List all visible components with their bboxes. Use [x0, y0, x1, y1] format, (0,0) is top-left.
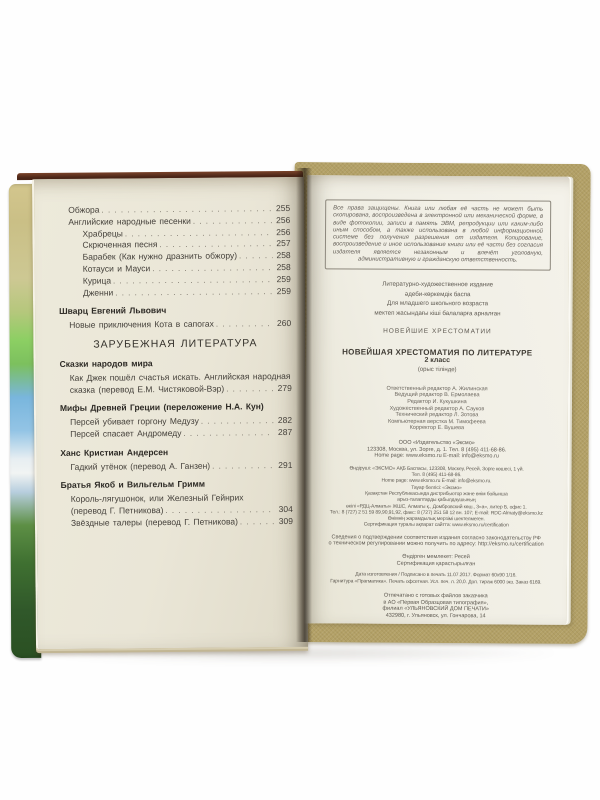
- edition-block: Литературно-художественное изданиеәдеби-…: [323, 280, 553, 319]
- text-line: Корректор Е. Вушева: [322, 425, 552, 433]
- toc-entry-title: Храбрецы: [82, 228, 123, 240]
- toc-page-number: 257: [274, 238, 290, 250]
- book-photo: Обжора255Английские народные песенки256Х…: [0, 0, 600, 800]
- toc-entry: Новые приключения Кота в сапогах260: [59, 318, 291, 332]
- publisher-block: ООО «Издательство «Эксмо»123308, Москва,…: [322, 439, 552, 460]
- toc-entry-title: Гадкий утёнок (перевод А. Ганзен): [70, 460, 210, 473]
- toc-entry-title: Новые приключения Кота в сапогах: [69, 319, 214, 332]
- toc-page-number: 256: [274, 227, 290, 239]
- copyright-box: Все права защищены. Книга или любая её ч…: [325, 199, 551, 271]
- toc-entry-title: Котауси и Мауси: [83, 263, 151, 275]
- dot-leader: [201, 415, 274, 427]
- toc-author: Ханс Кристиан Андерсен: [60, 446, 292, 460]
- toc-page-number: 304: [277, 504, 293, 516]
- left-page: Обжора255Английские народные песенки256Х…: [32, 177, 308, 649]
- imprint-page: Все права защищены. Книга или любая её ч…: [305, 175, 570, 625]
- toc-author: Братья Якоб и Вильгельм Гримм: [61, 478, 293, 492]
- text-line: Сертификация қарастырылған: [321, 560, 551, 568]
- toc-entry: Звёздные талеры (перевод Г. Петникова)30…: [61, 516, 293, 530]
- origin-block: Өндірген мемлекет: РесейСертификация қар…: [321, 553, 551, 568]
- toc-page-number: 259: [275, 274, 291, 286]
- toc-page-number: 259: [275, 286, 291, 298]
- toc-page-number: 256: [274, 215, 290, 227]
- dot-leader: [239, 250, 273, 262]
- toc-page-number: 291: [276, 459, 292, 471]
- toc-author: Шварц Евгений Львович: [59, 304, 291, 318]
- text-line: о техническом регулировании можно получи…: [321, 541, 551, 549]
- toc-list: Обжора255Английские народные песенки256Х…: [34, 177, 308, 649]
- toc-page-number: 258: [275, 262, 291, 274]
- toc-entry: Гадкий утёнок (перевод А. Ганзен)291: [60, 459, 292, 473]
- toc-author: Сказки народов мира: [60, 357, 292, 371]
- toc-entry-title: Звёздные талеры (перевод Г. Петникова): [71, 516, 238, 529]
- toc-author: Мифы Древней Греции (переложение Н.А. Ку…: [60, 401, 292, 415]
- text-line: Сертификация туралы ақпарат сайтта: www.…: [321, 522, 551, 530]
- toc-section-heading: ЗАРУБЕЖНАЯ ЛИТЕРАТУРА: [59, 337, 291, 352]
- toc-page-number: 255: [274, 203, 290, 215]
- toc-entry-title: Английские народные песенки: [68, 216, 191, 229]
- toc-entry-title: Обжора: [68, 205, 99, 217]
- right-page: Все права защищены. Книга или любая её ч…: [305, 175, 570, 625]
- text-line: Гарнитура «Прагматика». Печать офсетная.…: [321, 578, 551, 586]
- printery-block: Отпечатано с готовых файлов заказчикав А…: [321, 592, 551, 620]
- toc-entry-title: сказка (перевод Е.М. Чистяковой-Вэр): [70, 383, 225, 396]
- toc-entry-title: Курица: [83, 275, 111, 287]
- toc-entry-title: (перевод Г. Петникова): [71, 505, 164, 518]
- toc-entry: Король-лягушонок, или Железный Гейнрих(п…: [61, 492, 293, 518]
- dot-leader: [226, 383, 274, 395]
- dot-leader: [240, 516, 275, 528]
- gutter-shadow: [296, 168, 312, 642]
- toc-page-number: 287: [276, 427, 292, 439]
- toc-page-number: 279: [276, 382, 292, 394]
- toc-entry: Дженни259: [59, 286, 291, 300]
- toc-entry: Как Джек пошёл счастья искать. Английска…: [60, 371, 292, 397]
- dot-leader: [183, 427, 274, 440]
- text-line: мектеп жасындағы кіші балаларға арналған: [323, 308, 553, 319]
- toc-entry-title: Скрюченная песня: [82, 239, 157, 251]
- dot-leader: [165, 504, 274, 517]
- dot-leader: [152, 262, 273, 275]
- print-info-block: Дата изготовления / Подписано в печать 1…: [321, 571, 551, 585]
- toc-page-number: 282: [276, 415, 292, 427]
- kazakh-distribution-block: Өндіруші: «ЭКСМО» АҚБ Баспасы, 123308, М…: [321, 465, 551, 529]
- dot-leader: [115, 286, 273, 299]
- editorial-staff-block: Ответственный редактор А. ЖилинскаяВедущ…: [322, 385, 552, 433]
- dot-leader: [159, 238, 272, 251]
- text-line: Home page: www.eksmo.ru E-mail: info@eks…: [322, 453, 552, 461]
- series-label: НОВЕЙШИЕ ХРЕСТОМАТИИ: [322, 328, 552, 337]
- toc-page-number: 260: [275, 318, 291, 330]
- dot-leader: [216, 318, 273, 330]
- toc-entry: Персей спасает Андромеду287: [60, 427, 292, 441]
- toc-page-number: 309: [277, 516, 293, 528]
- toc-entry-title: Дженни: [83, 287, 113, 299]
- toc-entry-title: Персей спасает Андромеду: [70, 428, 181, 441]
- toc-page-number: 258: [275, 250, 291, 262]
- language-note: (орыс тілінде): [322, 365, 552, 374]
- dot-leader: [212, 460, 274, 472]
- text-line: 432980, г. Ульяновск, ул. Гончарова, 14: [321, 612, 551, 620]
- certification-block: Сведения о подтверждении соответствия из…: [321, 534, 551, 549]
- dot-leader: [193, 215, 273, 227]
